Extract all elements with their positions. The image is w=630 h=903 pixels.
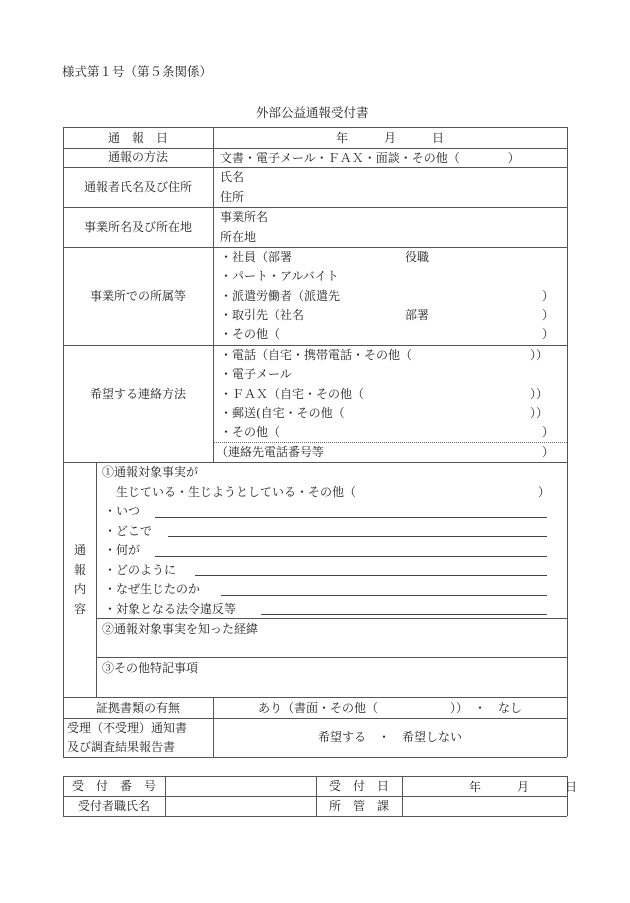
office-name-field[interactable]: 事業所名 <box>220 211 268 223</box>
office-location-field[interactable]: 所在地 <box>220 231 256 243</box>
notice-label-line2: 及び調査結果報告書 <box>67 741 175 753</box>
reception-dept-label: 所 管 課 <box>316 797 402 816</box>
item-what-label: ・何が <box>104 544 140 556</box>
affiliation-dispatched-close: ） <box>542 290 554 302</box>
item-where-field[interactable] <box>168 536 547 537</box>
office-label: 事業所名及び所在地 <box>63 207 213 247</box>
item-where-label: ・どこで <box>104 525 152 537</box>
reporter-label: 通報者氏名及び住所 <box>63 167 213 207</box>
item-why-label: ・なぜ生じたのか <box>104 583 200 595</box>
affiliation-other-close: ） <box>542 328 554 340</box>
contact-phone-close: ）） <box>530 349 548 361</box>
report-method-label: 通報の方法 <box>63 148 213 167</box>
form-number: 様式第１号（第５条関係） <box>62 66 212 79</box>
contact-phone-number-field[interactable]: （連絡先電話番号等 <box>216 446 324 458</box>
notice-label-line1: 受理（不受理）通知書 <box>67 722 187 734</box>
contact-mail[interactable]: ・郵送(自宅・その他（ <box>220 407 345 419</box>
item-when-field[interactable] <box>155 517 547 518</box>
contact-other-close: ） <box>542 426 554 438</box>
reporter-name-field[interactable]: 氏名 <box>220 171 244 183</box>
report-method-options[interactable]: 文書・電子メール・ＦＡＸ・面談・その他（ ） <box>220 152 520 164</box>
contact-phone-number-close: ） <box>542 446 554 458</box>
item-when-label: ・いつ <box>104 505 140 517</box>
section1-status-close: ） <box>538 486 550 498</box>
section3-title: ③その他特記事項 <box>102 662 198 674</box>
item-what-field[interactable] <box>155 556 547 557</box>
contact-method-label: 希望する連絡方法 <box>63 345 213 443</box>
item-how-field[interactable] <box>195 575 547 576</box>
item-why-field[interactable] <box>221 595 547 596</box>
report-date-label: 通 報 日 <box>63 128 213 148</box>
evidence-label: 証拠書類の有無 <box>63 698 213 718</box>
reception-date-field[interactable]: 年 月 日 <box>469 781 577 793</box>
affiliation-client-dept: 部署 <box>405 309 429 321</box>
affiliation-employee-position: 役職 <box>405 251 429 263</box>
reception-number-label: 受 付 番 号 <box>63 777 165 796</box>
reception-number-field[interactable] <box>166 777 316 796</box>
contact-fax-close: ）） <box>530 388 548 400</box>
item-violation-field[interactable] <box>261 614 547 615</box>
affiliation-other[interactable]: ・その他（ <box>220 328 280 340</box>
section1-status-options[interactable]: 生じている・生じようとしている・その他（ <box>116 486 356 498</box>
affiliation-label: 事業所での所属等 <box>63 247 213 345</box>
reporter-address-field[interactable]: 住所 <box>220 191 244 203</box>
document-title: 外部公益通報受付書 <box>256 107 369 120</box>
contact-other[interactable]: ・その他（ <box>220 426 280 438</box>
report-date-field[interactable]: 年 月 日 <box>213 128 567 148</box>
contact-fax[interactable]: ・ＦＡＸ（自宅・その他（ <box>220 388 364 400</box>
affiliation-dispatched[interactable]: ・派遣労働者（派遣先 <box>220 290 340 302</box>
reception-staff-label: 受付者職氏名 <box>63 797 165 816</box>
contact-email[interactable]: ・電子メール <box>220 368 292 380</box>
reception-date-label: 受 付 日 <box>316 777 402 796</box>
item-how-label: ・どのように <box>104 564 176 576</box>
contact-mail-close: ）） <box>530 407 548 419</box>
section1-title: ①通報対象事実が <box>102 466 198 478</box>
affiliation-employee[interactable]: ・社員（部署 <box>220 251 292 263</box>
contact-phone[interactable]: ・電話（自宅・携帯電話・その他（ <box>220 349 412 361</box>
affiliation-part-time[interactable]: ・パート・アルバイト <box>220 270 339 282</box>
affiliation-client-close: ） <box>542 309 554 321</box>
item-violation-label: ・対象となる法令違反等 <box>104 603 236 615</box>
affiliation-client[interactable]: ・取引先（社名 <box>220 309 304 321</box>
reception-staff-field[interactable] <box>166 797 316 816</box>
reception-dept-field[interactable] <box>403 797 567 816</box>
notice-options[interactable]: 希望する ・ 希望しない <box>213 718 567 757</box>
evidence-options[interactable]: あり（書面・その他（ ）） ・ なし <box>213 698 567 718</box>
section2-title: ②通報対象事実を知った経緯 <box>102 623 258 635</box>
